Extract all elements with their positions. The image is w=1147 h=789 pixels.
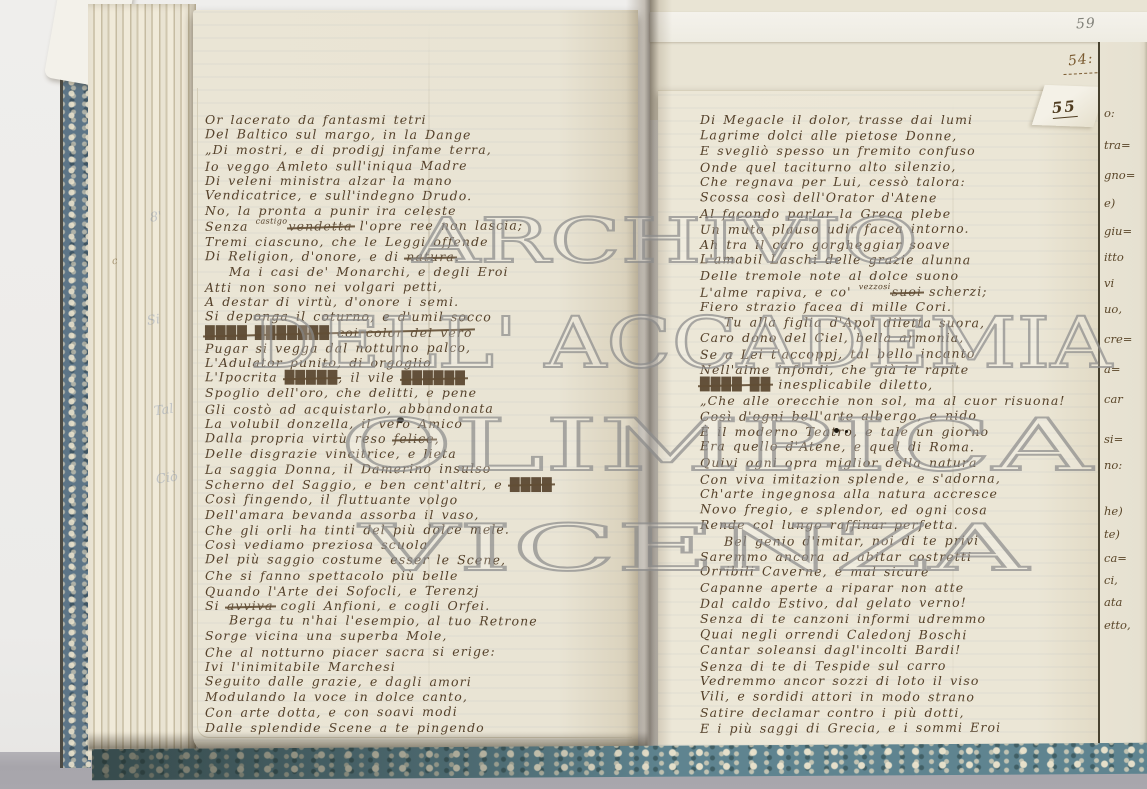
manuscript-line: „Di mostri, e di prodigj infame terra,: [205, 142, 630, 157]
manuscript-line: Che regnava per Lui, cessò talora:: [700, 174, 1100, 190]
edge-text-fragment: giu=: [1104, 224, 1132, 238]
manuscript-line: Berga tu n'hai l'esempio, al tuo Retrone: [205, 612, 630, 629]
struck-word: felice: [394, 431, 435, 446]
manuscript-line: Bel genio d'imitar, noi di te privi: [700, 532, 1100, 549]
manuscript-line: „Che alle orecchie non sol, ma al cuor r…: [700, 393, 1100, 409]
manuscript-line: Del Baltico sul margo, in la Dange: [205, 126, 630, 143]
ghost-mark: Si: [146, 312, 161, 329]
manuscript-line: Di veleni ministra alzar la mano: [205, 173, 630, 188]
manuscript-line: Saremmo ancora ad abitar costretti: [700, 549, 1100, 565]
struck-word: ████: [510, 477, 553, 492]
manuscript-line: Caro dono del Ciel, bella armonia,: [700, 330, 1100, 346]
manuscript-line: Si avviva cogli Anfioni, e cogli Orfei.: [205, 598, 630, 613]
struck-word: natura: [406, 249, 455, 264]
next-page-edge: o:tra=gno=e)giu=ittoviuo,cre=a=carsi=no:…: [1098, 42, 1147, 758]
manuscript-line: Al facondo parlar la Greca plebe: [700, 206, 1100, 222]
manuscript-line: Con viva imitazion splende, e s'adorna,: [700, 470, 1100, 487]
scanned-manuscript: 59 54: 55 o:tra=gno=e)giu=ittoviuo,cre=a…: [0, 0, 1147, 789]
edge-text-fragment: car: [1104, 392, 1123, 406]
manuscript-line: Che al notturno piacer sacra si erige:: [205, 643, 630, 660]
manuscript-line: Che gli orli ha tinti del più dolce mele…: [205, 521, 630, 538]
manuscript-line: E svegliò spesso un fremito confuso: [700, 143, 1100, 159]
manuscript-line: Nell'alme infondi, che già le rapite: [700, 362, 1100, 378]
manuscript-line: ████ ██ inesplicabile diletto,: [700, 376, 1100, 393]
manuscript-line: Ch'arte ingegnosa alla natura accresce: [700, 486, 1100, 502]
manuscript-line: Or lacerato da fantasmi tetri: [205, 112, 630, 127]
edge-text-fragment: no:: [1104, 458, 1122, 472]
ghost-mark: c: [111, 256, 118, 268]
edge-text-fragment: te): [1104, 527, 1120, 541]
manuscript-line: Di Religion, d'onore, e di natura.: [205, 248, 630, 265]
manuscript-line: Dal caldo Estivo, dal gelato verno!: [700, 595, 1100, 612]
folio-label-54: 54:: [1067, 51, 1094, 70]
edge-text-fragment: ata: [1104, 595, 1122, 609]
edge-text-fragment: vi: [1104, 276, 1114, 290]
inserted-word: castigo: [256, 217, 288, 226]
manuscript-line: Cantar soleansi dagl'incolti Bardi!: [700, 642, 1100, 658]
ghost-mark: Ciò: [155, 470, 179, 488]
manuscript-line: Ma i casi de' Monarchi, e degli Eroi: [205, 264, 630, 279]
ghost-mark: 8': [149, 209, 163, 226]
left-page-text: Or lacerato da fantasmi tetriDel Baltico…: [205, 112, 630, 735]
manuscript-line: Ivi l'inimitabile Marchesi: [205, 659, 630, 674]
manuscript-line: Quai negli orrendi Caledonj Boschi: [700, 626, 1100, 643]
manuscript-line: Se a Lei t'accoppj, tal bello incanto: [700, 345, 1100, 362]
folio-label-59: 59: [1076, 15, 1097, 32]
manuscript-line: Senza di te canzoni informi udremmo: [700, 611, 1100, 627]
struck-word: █████: [285, 370, 339, 385]
manuscript-line: L'amabil Laschi delle grazie alunna: [700, 252, 1100, 269]
manuscript-line: Scossa così dell'Orator d'Atene: [700, 189, 1100, 206]
manuscript-line: L'Adulator punito, di orgoglio: [205, 355, 630, 370]
struck-word: ██████: [402, 370, 466, 385]
manuscript-line: La volubil donzella, il vero Amico: [205, 416, 630, 431]
edge-text-fragment: etto,: [1104, 618, 1131, 632]
manuscript-line: Io veggo Amleto sull'iniqua Madre: [205, 157, 630, 174]
manuscript-line: Novo fregio, e splendor, ed ogni cosa: [700, 501, 1100, 518]
struck-word: ████ ██: [700, 376, 771, 391]
manuscript-line: Atti non sono nei volgari petti,: [205, 278, 630, 295]
manuscript-line: Di Megacle il dolor, trasse dai lumi: [700, 112, 1100, 128]
manuscript-line: Orribili Caverne, e mal sicure: [700, 564, 1100, 581]
manuscript-line: Dell'amara bevanda assorba il vaso,: [205, 507, 630, 522]
manuscript-line: Sorge vicina una superba Mole,: [205, 628, 630, 643]
ghost-mark: Tal: [153, 402, 174, 420]
manuscript-line: Vedremmo ancor sozzi di loto il viso: [700, 673, 1100, 689]
struck-word: avviva: [227, 598, 274, 613]
manuscript-line: E i più saggi di Grecia, e i sommi Eroi: [700, 719, 1100, 736]
edge-text-fragment: o:: [1104, 106, 1115, 120]
manuscript-line: Dalle splendide Scene a te pingendo: [205, 720, 630, 735]
manuscript-line: L'alme rapiva, e co' vezzosisuoi scherzi…: [700, 283, 1100, 300]
inserted-word: vezzosi: [859, 282, 891, 291]
edge-text-fragment: uo,: [1104, 302, 1122, 316]
manuscript-line: È il moderno Teatro, e tale un giorno: [700, 424, 1100, 440]
ink-blot: [845, 430, 848, 433]
marbled-bottom-edge: [92, 743, 1147, 780]
manuscript-line: Quando l'Arte dei Sofocli, e Terenzj: [205, 582, 630, 599]
manuscript-line: Delle tremole note al dolce suono: [700, 268, 1100, 284]
manuscript-line: Pugar si vegga dal notturno palco,: [205, 339, 630, 356]
manuscript-line: Delle disgrazie vincitrice, e lieta: [205, 446, 630, 461]
ink-blot: [834, 428, 839, 433]
manuscript-line: Dalla propria virtù reso felice,: [205, 430, 630, 447]
manuscript-line: Ah tra il caro gorgheggiar soave: [700, 237, 1100, 253]
struck-word: vendetta: [288, 219, 352, 234]
edge-text-fragment: a=: [1104, 362, 1121, 376]
manuscript-line: Quivi ogni opra miglior della natura: [700, 455, 1100, 471]
manuscript-line: A destar di virtù, d'onore i semi.: [205, 294, 630, 309]
manuscript-line: Vendicatrice, e sull'indegno Drudo.: [205, 187, 630, 204]
manuscript-line: Del più saggio costume esser le Scene,: [205, 552, 630, 569]
edge-text-fragment: ca=: [1104, 551, 1127, 565]
ink-blot: [397, 417, 404, 423]
manuscript-line: Vili, e sordidi attori in modo strano: [700, 688, 1100, 705]
manuscript-line: Così d'ogni bell'arte albergo, e nido: [700, 407, 1100, 424]
manuscript-line: Satire declamar contro i più dotti,: [700, 705, 1100, 721]
manuscript-line: Tu alla figlia d'Apol diletta suora,: [700, 314, 1100, 331]
manuscript-line: Scherno del Saggio, e ben cent'altri, e …: [205, 477, 630, 492]
paper-strip: [650, 12, 1147, 42]
manuscript-line: Senza castigovendetta l'opre ree non las…: [205, 217, 630, 234]
edge-text-fragment: si=: [1104, 432, 1123, 446]
page-edge-stack: [88, 4, 196, 760]
manuscript-line: La saggia Donna, il Damerino insulso: [205, 460, 630, 477]
manuscript-line: Modulando la voce in dolce canto,: [205, 689, 630, 704]
manuscript-line: Spoglio dell'oro, che delitti, e pene: [205, 385, 630, 400]
manuscript-line: Un muto plauso udir facea intorno.: [700, 220, 1100, 237]
manuscript-line: ████ ███████ coi color del vero: [205, 325, 630, 340]
manuscript-line: Gli costò ad acquistarlo, abbandonata: [205, 400, 630, 417]
manuscript-line: Lagrime dolci alle pietose Donne,: [700, 127, 1100, 144]
right-page-text: Di Megacle il dolor, trasse dai lumiLagr…: [700, 112, 1100, 736]
marbled-cover-edge: [60, 0, 91, 768]
manuscript-line: Fiero strazio facea di mille Cori.: [700, 299, 1100, 315]
struck-word: ████ ███████ coi color del vero: [205, 325, 473, 340]
manuscript-line: Così fingendo, il fluttuante volgo: [205, 491, 630, 508]
manuscript-line: Tremi ciascuno, che le Leggi offende: [205, 234, 630, 249]
manuscript-line: Si deponga il coturno, e d'umil socco: [205, 309, 630, 326]
edge-text-fragment: he): [1104, 504, 1123, 518]
manuscript-line: Rende col lungo raffinar perfetta.: [700, 517, 1100, 533]
edge-text-fragment: ci,: [1104, 573, 1118, 587]
edge-text-fragment: itto: [1104, 250, 1124, 264]
manuscript-line: L'Ipocrita █████, il vile ██████: [205, 369, 630, 386]
edge-text-fragment: e): [1104, 196, 1115, 210]
struck-word: suoi: [892, 283, 922, 298]
manuscript-line: Con arte dotta, e con soavi modi: [205, 703, 630, 720]
manuscript-line: Così vediamo preziosa scuola: [205, 537, 630, 552]
manuscript-line: Senza di te di Tespide sul carro: [700, 657, 1100, 674]
manuscript-line: Era quello d'Atene, e quel di Roma.: [700, 439, 1100, 456]
manuscript-line: Che si fanno spettacolo più belle: [205, 568, 630, 583]
manuscript-line: Capanne aperte a riparar non atte: [700, 580, 1100, 596]
manuscript-line: Onde quel taciturno alto silenzio,: [700, 158, 1100, 175]
book-gutter: [626, 0, 672, 762]
manuscript-line: Seguito dalle grazie, e dagli amori: [205, 673, 630, 690]
edge-text-fragment: gno=: [1104, 168, 1135, 182]
edge-text-fragment: cre=: [1104, 332, 1132, 346]
edge-text-fragment: tra=: [1104, 138, 1131, 152]
